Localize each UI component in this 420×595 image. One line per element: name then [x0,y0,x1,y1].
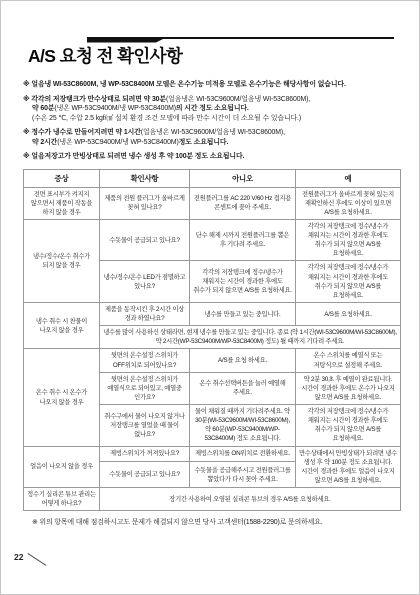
table-row: 얼음이 나오지 않을 경우 제빙스위치가 꺼져있나요? 제빙스위치를 ON위치로… [24,446,401,462]
note-line: ※ 얼음저장고가 만빙상태로 되려면 냉수 생성 후 약 100분 정도 소요됩… [23,152,400,162]
check-cell: 수돗물이 공급되고 있나요? [100,219,190,261]
col-header-check: 확인사항 [100,169,190,187]
no-cell: 온수 취수선택버튼을 눌러 예열해 주세요. [190,372,296,404]
title-rule-bar [87,37,167,43]
yes-cell: A/S를 요청하세요. [296,302,401,325]
no-cell: 전원플러그를 AC 220 V/60 Hz 접지용 콘센트에 꽂아 주세요. [190,187,296,219]
col-header-no: 아니오 [190,169,296,187]
no-cell: 각각의 저장탱크에 정수/냉수가 채워지는 시간이 경과한 후에도 취수가 되지… [190,261,296,303]
note-line: 약 2시간(냉온 WP-53C9400M/냉 WP-53C8400M)정도 소요… [23,138,400,148]
yes-cell: 약 2분 30초 후 예열이 완료됩니다. 시간이 경과한 후에도 온수가 나오… [296,372,401,404]
manual-page: A/S 요청 전 확인사항 ※ 얼음냉 WI-53C8600M, 냉 WP-53… [0,0,420,595]
no-cell: 제빙스위치를 ON위치로 전환하세요. [190,446,296,462]
table-row: 전면 표시부가 켜지지 않으면서 제품이 작동을 하지 않을 경우 제품의 전원… [24,187,401,219]
note-item: ※ 각각의 저장탱크가 만수상태로 되려면 약 30분(얼음냉온 WI-53C9… [23,95,400,124]
yes-cell: 각각의 저장탱크에 정수/냉수가 채워지는 시간이 경과한 후에도 취수가 되지… [296,405,401,447]
check-cell: 제빙스위치가 꺼져있나요? [100,446,190,462]
check-cell: 취수구에서 물이 나오지 않거나 저장탱크를 열었을 때 물이 없나요? [100,405,190,447]
symptom-cell: 냉수 취수 시 찬물이 나오지 않을 경우 [24,302,100,349]
note-line: (수온 25 ℃, 수압 2.5 kgf/㎠ 설치 환경 조건 모델에 따라 만… [23,114,400,124]
page-number-slash [27,553,46,566]
note-item: ※ 얼음냉 WI-53C8600M, 냉 WP-53C8400M 모델은 온수기… [23,80,400,90]
notes: ※ 얼음냉 WI-53C8600M, 냉 WP-53C8400M 모델은 온수기… [23,80,400,162]
table-header-row: 증상 확인사항 아니오 예 [24,169,401,187]
table-row: 정수기 실리콘 튜브 관리는 어떻게 하나요? 장기간 사용하여 오염된 실리콘… [24,488,401,511]
yes-merged-cell: 만수상태에서 만빙상태가 되려면 냉수 생성 후 약 100분 정도 소요됩니다… [296,446,401,488]
no-cell: A/S를 요청 하세요. [190,349,296,372]
no-cell: 단수 해제 시까지 전원플러그를 뽑은 후 기다려 주세요. [190,219,296,261]
symptom-cell: 냉수/정수/온수 취수가 되지 않을 경우 [24,219,100,302]
symptom-cell: 얼음이 나오지 않을 경우 [24,446,100,488]
table-row: 온수 취수 시 온수가 나오지 않을 경우 뒷면의 온수설정 스위치가 OFF위… [24,349,401,372]
note-item: ※ 정수가 냉수로 만들어지려면 약 1시간(얼음냉온 WI-53C9600M/… [23,128,400,147]
check-cell: 뒷면의 온수설정 스위치가 예열식으로 되어있고, 예열중 인가요? [100,372,190,404]
merged-advice-cell: 장기간 사용하여 오염된 실리콘 튜브의 경우 A/S를 요청하세요. [100,488,401,511]
yes-cell: 각각의 저장탱크에 정수/냉수가 채워지는 시간이 경과한 후에도 취수가 되지… [296,261,401,303]
footer-note: ※ 위의 항목에 대해 점검하시고도 문제가 해결되지 않으면 당사 고객센터(… [23,517,400,527]
table-row: 냉수 취수 시 찬물이 나오지 않을 경우 제품을 동작시킨 후 2시간 이상 … [24,302,401,325]
check-cell: 냉수/정수/온수 LED가 점멸하고 있나요? [100,261,190,303]
yes-cell: 각각의 저장탱크에 정수/냉수가 채워지는 시간이 경과한 후에도 취수가 되지… [296,219,401,261]
no-cell: 물이 채워질 때까지 기다려주세요. 약 30분(WI-53C9600M/WI-… [190,405,296,447]
col-header-symptom: 증상 [24,169,100,187]
no-cell: 수돗물을 공급해주시고 전원플러그를 뽑았다가 다시 꽂아 주세요. [190,462,296,488]
check-cell: 뒷면의 온수설정 스위치가 OFF위치로 되어있나요? [100,349,190,372]
merged-advice-cell: 냉수를 많이 사용하신 상태라면, 현재 냉수를 만들고 있는 중입니다. 종료… [100,326,401,349]
no-cell: 냉수를 만들고 있는 중입니다. [190,302,296,325]
check-cell: 제품을 동작시킨 후 2시간 이상 경과 하였나요? [100,302,190,325]
symptom-cell: 전면 표시부가 켜지지 않으면서 제품이 작동을 하지 않을 경우 [24,187,100,219]
note-line: ※ 각각의 저장탱크가 만수상태로 되려면 약 30분(얼음냉온 WI-53C9… [23,95,400,105]
page-content: ※ 얼음냉 WI-53C8600M, 냉 WP-53C8400M 모델은 온수기… [23,80,400,527]
yes-cell: 온수 스위치를 예열식 또는 저탕식으로 설정해 주세요. [296,349,401,372]
page-number: 22 [14,552,23,562]
symptom-cell: 정수기 실리콘 튜브 관리는 어떻게 하나요? [24,488,100,511]
page-title: A/S 요청 전 확인사항 [28,43,182,68]
symptom-cell: 온수 취수 시 온수가 나오지 않을 경우 [24,349,100,446]
note-line: ※ 정수가 냉수로 만들어지려면 약 1시간(얼음냉온 WI-53C9600M/… [23,128,400,138]
note-item: ※ 얼음저장고가 만빙상태로 되려면 냉수 생성 후 약 100분 정도 소요됩… [23,152,400,162]
note-line: ※ 얼음냉 WI-53C8600M, 냉 WP-53C8400M 모델은 온수기… [23,80,400,90]
note-line: 약 60분(냉온 WP-53C9400M/냉 WP-53C8400M)의 시간 … [23,104,400,114]
checklist-table: 증상 확인사항 아니오 예 전면 표시부가 켜지지 않으면서 제품이 작동을 하… [23,169,401,512]
table-row: 냉수/정수/온수 취수가 되지 않을 경우 수돗물이 공급되고 있나요? 단수 … [24,219,401,261]
col-header-yes: 예 [296,169,401,187]
check-cell: 수돗물이 공급되고 있나요? [100,462,190,488]
yes-cell: 전원플러그가 올바르게 꽂혀 있는지 재확인하신 후에도 이상이 있으면 A/S… [296,187,401,219]
check-cell: 제품의 전원 플러그가 올바르게 꽂혀 있나요? [100,187,190,219]
